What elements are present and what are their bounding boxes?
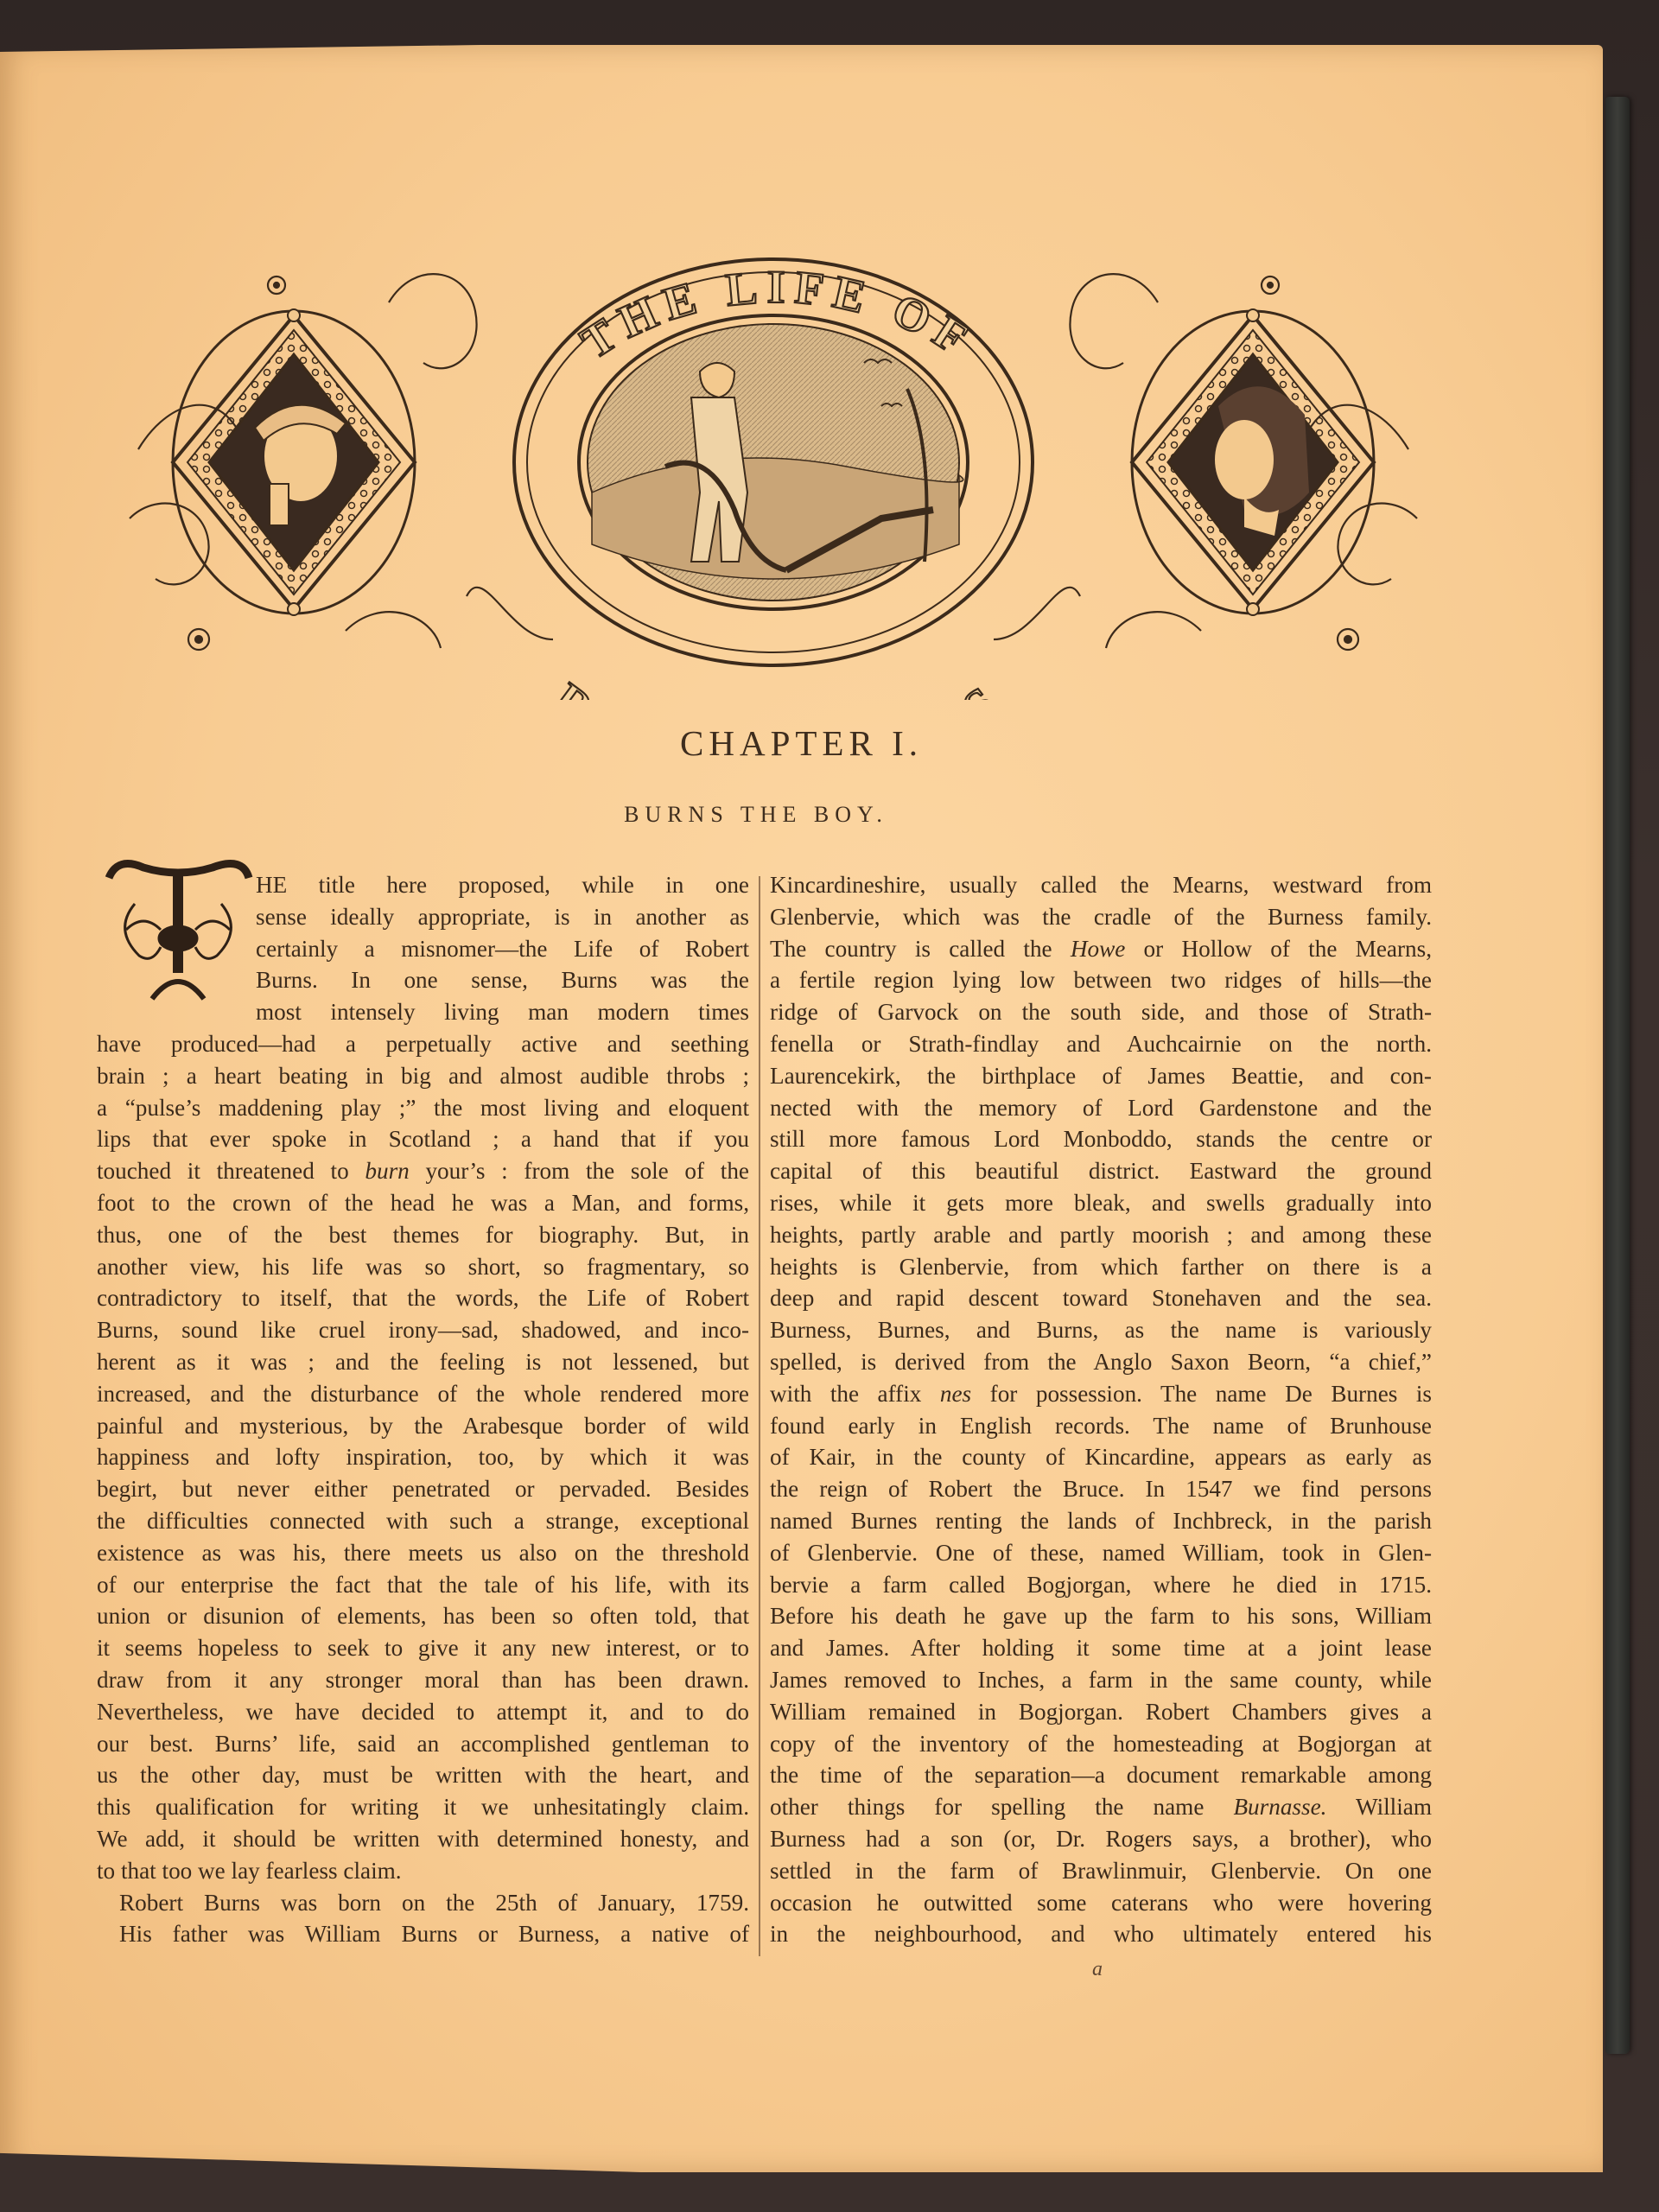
text-line: found early in English records. The name…	[770, 1410, 1432, 1442]
text-line: rises, while it gets more bleak, and swe…	[770, 1187, 1432, 1219]
paragraph-1-body: have produced—had a perpetually active a…	[97, 1028, 749, 1887]
text-line: Nevertheless, we have decided to attempt…	[97, 1696, 749, 1728]
text-line: another view, his life was so short, so …	[97, 1251, 749, 1283]
book-cover-edge	[1605, 97, 1630, 2054]
left-medallion-man-portrait	[173, 309, 415, 615]
text-line: it seems hopeless to seek to give it any…	[97, 1632, 749, 1664]
italic-word: Burnasse.	[1233, 1794, 1326, 1820]
paragraph-2: Robert Burns was born on the 25th of Jan…	[97, 1887, 749, 1951]
text-line: spelled, is derived from the Anglo Saxon…	[770, 1346, 1432, 1378]
text-line: sense ideally appropriate, is in another…	[256, 901, 749, 933]
text-line: copy of the inventory of the homesteadin…	[770, 1728, 1432, 1760]
text-line: most intensely living man modern times	[256, 996, 749, 1028]
text-line: brain ; a heart beating in big and almos…	[97, 1060, 749, 1092]
text-line: draw from it any stronger moral than has…	[97, 1664, 749, 1696]
right-medallion-woman-portrait	[1132, 309, 1374, 615]
text-line: Glenbervie, which was the cradle of the …	[770, 901, 1432, 933]
central-oval-ploughman-scene: THE LIFE OF ROBERT BURNS	[514, 259, 1033, 700]
text-line: and James. After holding it some time at…	[770, 1632, 1432, 1664]
text-line: heights, partly arable and partly mooris…	[770, 1219, 1432, 1251]
text-line: our best. Burns’ life, said an accomplis…	[97, 1728, 749, 1760]
text-line: lips that ever spoke in Scotland ; a han…	[97, 1123, 749, 1155]
text-line: heights is Glenbervie, from which farthe…	[770, 1251, 1432, 1283]
text-line: begirt, but never either penetrated or p…	[97, 1473, 749, 1505]
italic-word: nes	[940, 1381, 971, 1407]
text-line: the reign of Robert the Bruce. In 1547 w…	[770, 1473, 1432, 1505]
svg-text:ROBERT BURNS: ROBERT BURNS	[544, 673, 1011, 700]
text-line: other things for spelling the name Burna…	[770, 1791, 1432, 1823]
text-line: foot to the crown of the head he was a M…	[97, 1187, 749, 1219]
text-line: James removed to Inches, a farm in the s…	[770, 1664, 1432, 1696]
text-line: of Kair, in the county of Kincardine, ap…	[770, 1441, 1432, 1473]
text-column-right: Kincardineshire, usually called the Mear…	[770, 869, 1432, 1950]
text-line: certainly a misnomer—the Life of Robert	[256, 933, 749, 965]
text-line: the difficulties connected with such a s…	[97, 1505, 749, 1537]
text-line: have produced—had a perpetually active a…	[97, 1028, 749, 1060]
text-line: named Burnes renting the lands of Inchbr…	[770, 1505, 1432, 1537]
text-column-left: HE title here proposed, while in one sen…	[97, 869, 749, 1950]
text-line: of Glenbervie. One of these, named Willi…	[770, 1537, 1432, 1569]
text-line: Burness had a son (or, Dr. Rogers says, …	[770, 1823, 1432, 1855]
text-line: union or disunion of elements, has been …	[97, 1600, 749, 1632]
text-line: increased, and the disturbance of the wh…	[97, 1378, 749, 1410]
text-line: painful and mysterious, by the Arabesque…	[97, 1410, 749, 1442]
text-line: ridge of Garvock on the south side, and …	[770, 996, 1432, 1028]
text-line: a “pulse’s maddening play ;” the most li…	[97, 1092, 749, 1124]
text-line: Laurencekirk, the birthplace of James Be…	[770, 1060, 1432, 1092]
engraved-title-banner: THE LIFE OF ROBERT BURNS	[104, 233, 1443, 700]
text-line: William remained in Bogjorgan. Robert Ch…	[770, 1696, 1432, 1728]
text-line: bervie a farm called Bogjorgan, where he…	[770, 1569, 1432, 1601]
paragraph-continued: Kincardineshire, usually called the Mear…	[770, 869, 1432, 1950]
text-line: contradictory to itself, that the words,…	[97, 1282, 749, 1314]
text-line: Before his death he gave up the farm to …	[770, 1600, 1432, 1632]
text-line: HE title here proposed, while in one	[256, 869, 749, 901]
text-line: The country is called the Howe or Hollow…	[770, 933, 1432, 965]
dropcap-wrapped-lines: HE title here proposed, while in one sen…	[97, 869, 749, 1028]
text-line: settled in the farm of Brawlinmuir, Glen…	[770, 1855, 1432, 1887]
text-line: fenella or Strath-findlay and Auchcairni…	[770, 1028, 1432, 1060]
text-line: still more famous Lord Monboddo, stands …	[770, 1123, 1432, 1155]
text-line: His father was William Burns or Burness,…	[97, 1918, 749, 1950]
signature-mark: a	[1092, 1958, 1103, 1981]
text-line: to that too we lay fearless claim.	[97, 1855, 749, 1887]
text-line: herent as it was ; and the feeling is no…	[97, 1346, 749, 1378]
text-line: touched it threatened to burn your’s : f…	[97, 1155, 749, 1187]
text-line: happiness and lofty inspiration, too, by…	[97, 1441, 749, 1473]
italic-word: Howe	[1071, 936, 1125, 962]
text-line: thus, one of the best themes for biograp…	[97, 1219, 749, 1251]
chapter-title: CHAPTER I.	[0, 722, 1603, 764]
text-line: existence as was his, there meets us als…	[97, 1537, 749, 1569]
column-divider-rule	[759, 876, 760, 1956]
arched-title-bottom: ROBERT BURNS	[544, 673, 1011, 700]
text-line: occasion he outwitted some caterans who …	[770, 1887, 1432, 1919]
italic-word: burn	[365, 1158, 409, 1184]
text-line: deep and rapid descent toward Stonehaven…	[770, 1282, 1432, 1314]
text-line: the time of the separation—a document re…	[770, 1759, 1432, 1791]
text-line: a fertile region lying low between two r…	[770, 964, 1432, 996]
text-line: nected with the memory of Lord Gardensto…	[770, 1092, 1432, 1124]
text-line: Robert Burns was born on the 25th of Jan…	[97, 1887, 749, 1919]
text-line: with the affix nes for possession. The n…	[770, 1378, 1432, 1410]
text-line: Burness, Burnes, and Burns, as the name …	[770, 1314, 1432, 1346]
text-line: Burns. In one sense, Burns was the	[256, 964, 749, 996]
text-line: in the neighbourhood, and who ultimately…	[770, 1918, 1432, 1950]
ornament-illustration: THE LIFE OF ROBERT BURNS	[104, 233, 1443, 700]
chapter-subtitle: BURNS THE BOY.	[0, 802, 1512, 828]
text-line: Burns, sound like cruel irony—sad, shado…	[97, 1314, 749, 1346]
text-line: us the other day, must be written with t…	[97, 1759, 749, 1791]
text-line: capital of this beautiful district. East…	[770, 1155, 1432, 1187]
text-line: We add, it should be written with determ…	[97, 1823, 749, 1855]
text-line: of our enterprise the fact that the tale…	[97, 1569, 749, 1601]
text-line: this qualification for writing it we unh…	[97, 1791, 749, 1823]
text-line: Kincardineshire, usually called the Mear…	[770, 869, 1432, 901]
